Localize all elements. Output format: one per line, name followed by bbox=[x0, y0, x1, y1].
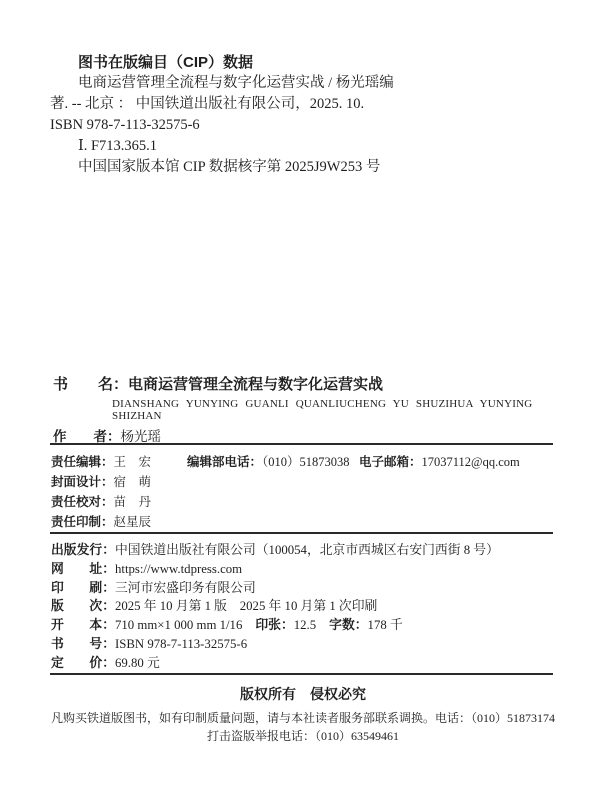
price-row: 定 价：69.80 元 bbox=[51, 654, 571, 673]
staff-row-proofreader: 责任校对：苗 丹 bbox=[51, 492, 561, 512]
word-count-value: 178 千 bbox=[368, 618, 403, 632]
cip-publisher-line: 著. -- 北京 ： 中国铁道出版社有限公司，2025. 10. bbox=[50, 94, 555, 115]
book-number-value: ISBN 978-7-113-32575-6 bbox=[115, 637, 247, 651]
cover-designer-name: 宿 萌 bbox=[114, 472, 152, 492]
book-number-label: 书 号： bbox=[51, 636, 115, 651]
service-exchange-note: 凡购买铁道版图书，如有印制质量问题，请与本社读者服务部联系调换。电话：（010）… bbox=[0, 709, 606, 726]
phone-cell: 编辑部电话：（010）51873038 bbox=[187, 452, 359, 472]
cip-title-author-line: 电商运营管理全流程与数字化运营实战 / 杨光瑶编 bbox=[50, 73, 555, 94]
edition-row: 版 次：2025 年 10 月第 1 版 2025 年 10 月第 1 次印刷 bbox=[51, 597, 571, 616]
cip-block: 图书在版编目（CIP）数据 电商运营管理全流程与数字化运营实战 / 杨光瑶编 著… bbox=[50, 52, 555, 178]
print-supervisor-name: 赵星辰 bbox=[114, 512, 152, 532]
editor-name: 王 宏 bbox=[114, 455, 152, 469]
cip-heading: 图书在版编目（CIP）数据 bbox=[50, 52, 555, 73]
word-count-label: 字数： bbox=[329, 617, 367, 632]
edition-value: 2025 年 10 月第 1 版 2025 年 10 月第 1 次印刷 bbox=[115, 599, 377, 613]
email-label: 电子邮箱： bbox=[359, 455, 422, 469]
staff-row-print-supervisor: 责任印制：赵星辰 bbox=[51, 512, 561, 532]
publisher-label: 出版发行： bbox=[51, 542, 115, 557]
staff-block: 责任编辑：王 宏 编辑部电话：（010）51873038 电子邮箱：170371… bbox=[51, 452, 561, 532]
book-title-pinyin: DIANSHANG YUNYING GUANLI QUANLIUCHENG YU… bbox=[112, 398, 563, 422]
format-row: 开 本：710 mm×1 000 mm 1/16印张：12.5字数：178 千 bbox=[51, 616, 571, 635]
printer-row: 印 刷：三河市宏盛印务有限公司 bbox=[51, 579, 571, 598]
book-title: 电商运营管理全流程与数字化运营实战 bbox=[128, 376, 383, 393]
print-sheets-value: 12.5 bbox=[294, 618, 316, 632]
staff-row-cover-design: 封面设计：宿 萌 bbox=[51, 472, 561, 492]
print-supervisor-label: 责任印制： bbox=[51, 512, 114, 532]
isbn-row: 书 号：ISBN 978-7-113-32575-6 bbox=[51, 635, 571, 654]
price-value: 69.80 元 bbox=[115, 656, 160, 670]
proofreader-label: 责任校对： bbox=[51, 492, 114, 512]
publisher-row: 出版发行：中国铁道出版社有限公司（100054，北京市西城区右安门西街 8 号） bbox=[51, 541, 571, 560]
cip-isbn-line: ISBN 978-7-113-32575-6 bbox=[50, 115, 555, 136]
divider-bottom bbox=[50, 673, 553, 675]
book-title-row: 书 名：电商运营管理全流程与数字化运营实战 bbox=[53, 375, 563, 395]
author-label: 作 者： bbox=[53, 429, 121, 444]
staff-row-editor: 责任编辑：王 宏 编辑部电话：（010）51873038 电子邮箱：170371… bbox=[51, 452, 561, 472]
author-name: 杨光瑶 bbox=[121, 429, 162, 444]
editor-cell: 责任编辑：王 宏 bbox=[51, 452, 187, 472]
printer-label: 印 刷： bbox=[51, 580, 115, 595]
book-info-block: 书 名：电商运营管理全流程与数字化运营实战 DIANSHANG YUNYING … bbox=[53, 375, 563, 446]
editorial-phone-label: 编辑部电话： bbox=[187, 455, 262, 469]
website-label: 网 址： bbox=[51, 561, 115, 576]
cip-classification-line: Ⅰ. F713.365.1 bbox=[50, 136, 555, 157]
cover-design-label: 封面设计： bbox=[51, 472, 114, 492]
email-address: 17037112@qq.com bbox=[422, 455, 520, 469]
edition-label: 版 次： bbox=[51, 598, 115, 613]
divider-top bbox=[50, 443, 553, 445]
divider-middle bbox=[50, 532, 553, 534]
proofreader-name: 苗 丹 bbox=[114, 492, 152, 512]
book-title-label: 书 名： bbox=[53, 376, 128, 393]
website-row: 网 址：https://www.tdpress.com bbox=[51, 560, 571, 579]
editorial-phone-number: （010）51873038 bbox=[262, 455, 350, 469]
format-label: 开 本： bbox=[51, 617, 115, 632]
copyright-page: 图书在版编目（CIP）数据 电商运营管理全流程与数字化运营实战 / 杨光瑶编 著… bbox=[0, 0, 606, 800]
email-cell: 电子邮箱：17037112@qq.com bbox=[359, 452, 561, 472]
printer-value: 三河市宏盛印务有限公司 bbox=[115, 581, 256, 595]
editor-label: 责任编辑： bbox=[51, 455, 114, 469]
copyright-notice: 版权所有 侵权必究 bbox=[0, 684, 606, 704]
print-sheets-label: 印张： bbox=[255, 617, 293, 632]
publishing-block: 出版发行：中国铁道出版社有限公司（100054，北京市西城区右安门西街 8 号）… bbox=[51, 541, 571, 673]
format-value: 710 mm×1 000 mm 1/16 bbox=[115, 618, 242, 632]
website-url: https://www.tdpress.com bbox=[115, 562, 242, 576]
anti-piracy-hotline: 打击盗版举报电话：（010）63549461 bbox=[0, 727, 606, 744]
publisher-value: 中国铁道出版社有限公司（100054，北京市西城区右安门西街 8 号） bbox=[115, 543, 499, 557]
price-label: 定 价： bbox=[51, 655, 115, 670]
cip-record-number-line: 中国国家版本馆 CIP 数据核字第 2025J9W253 号 bbox=[50, 157, 555, 178]
